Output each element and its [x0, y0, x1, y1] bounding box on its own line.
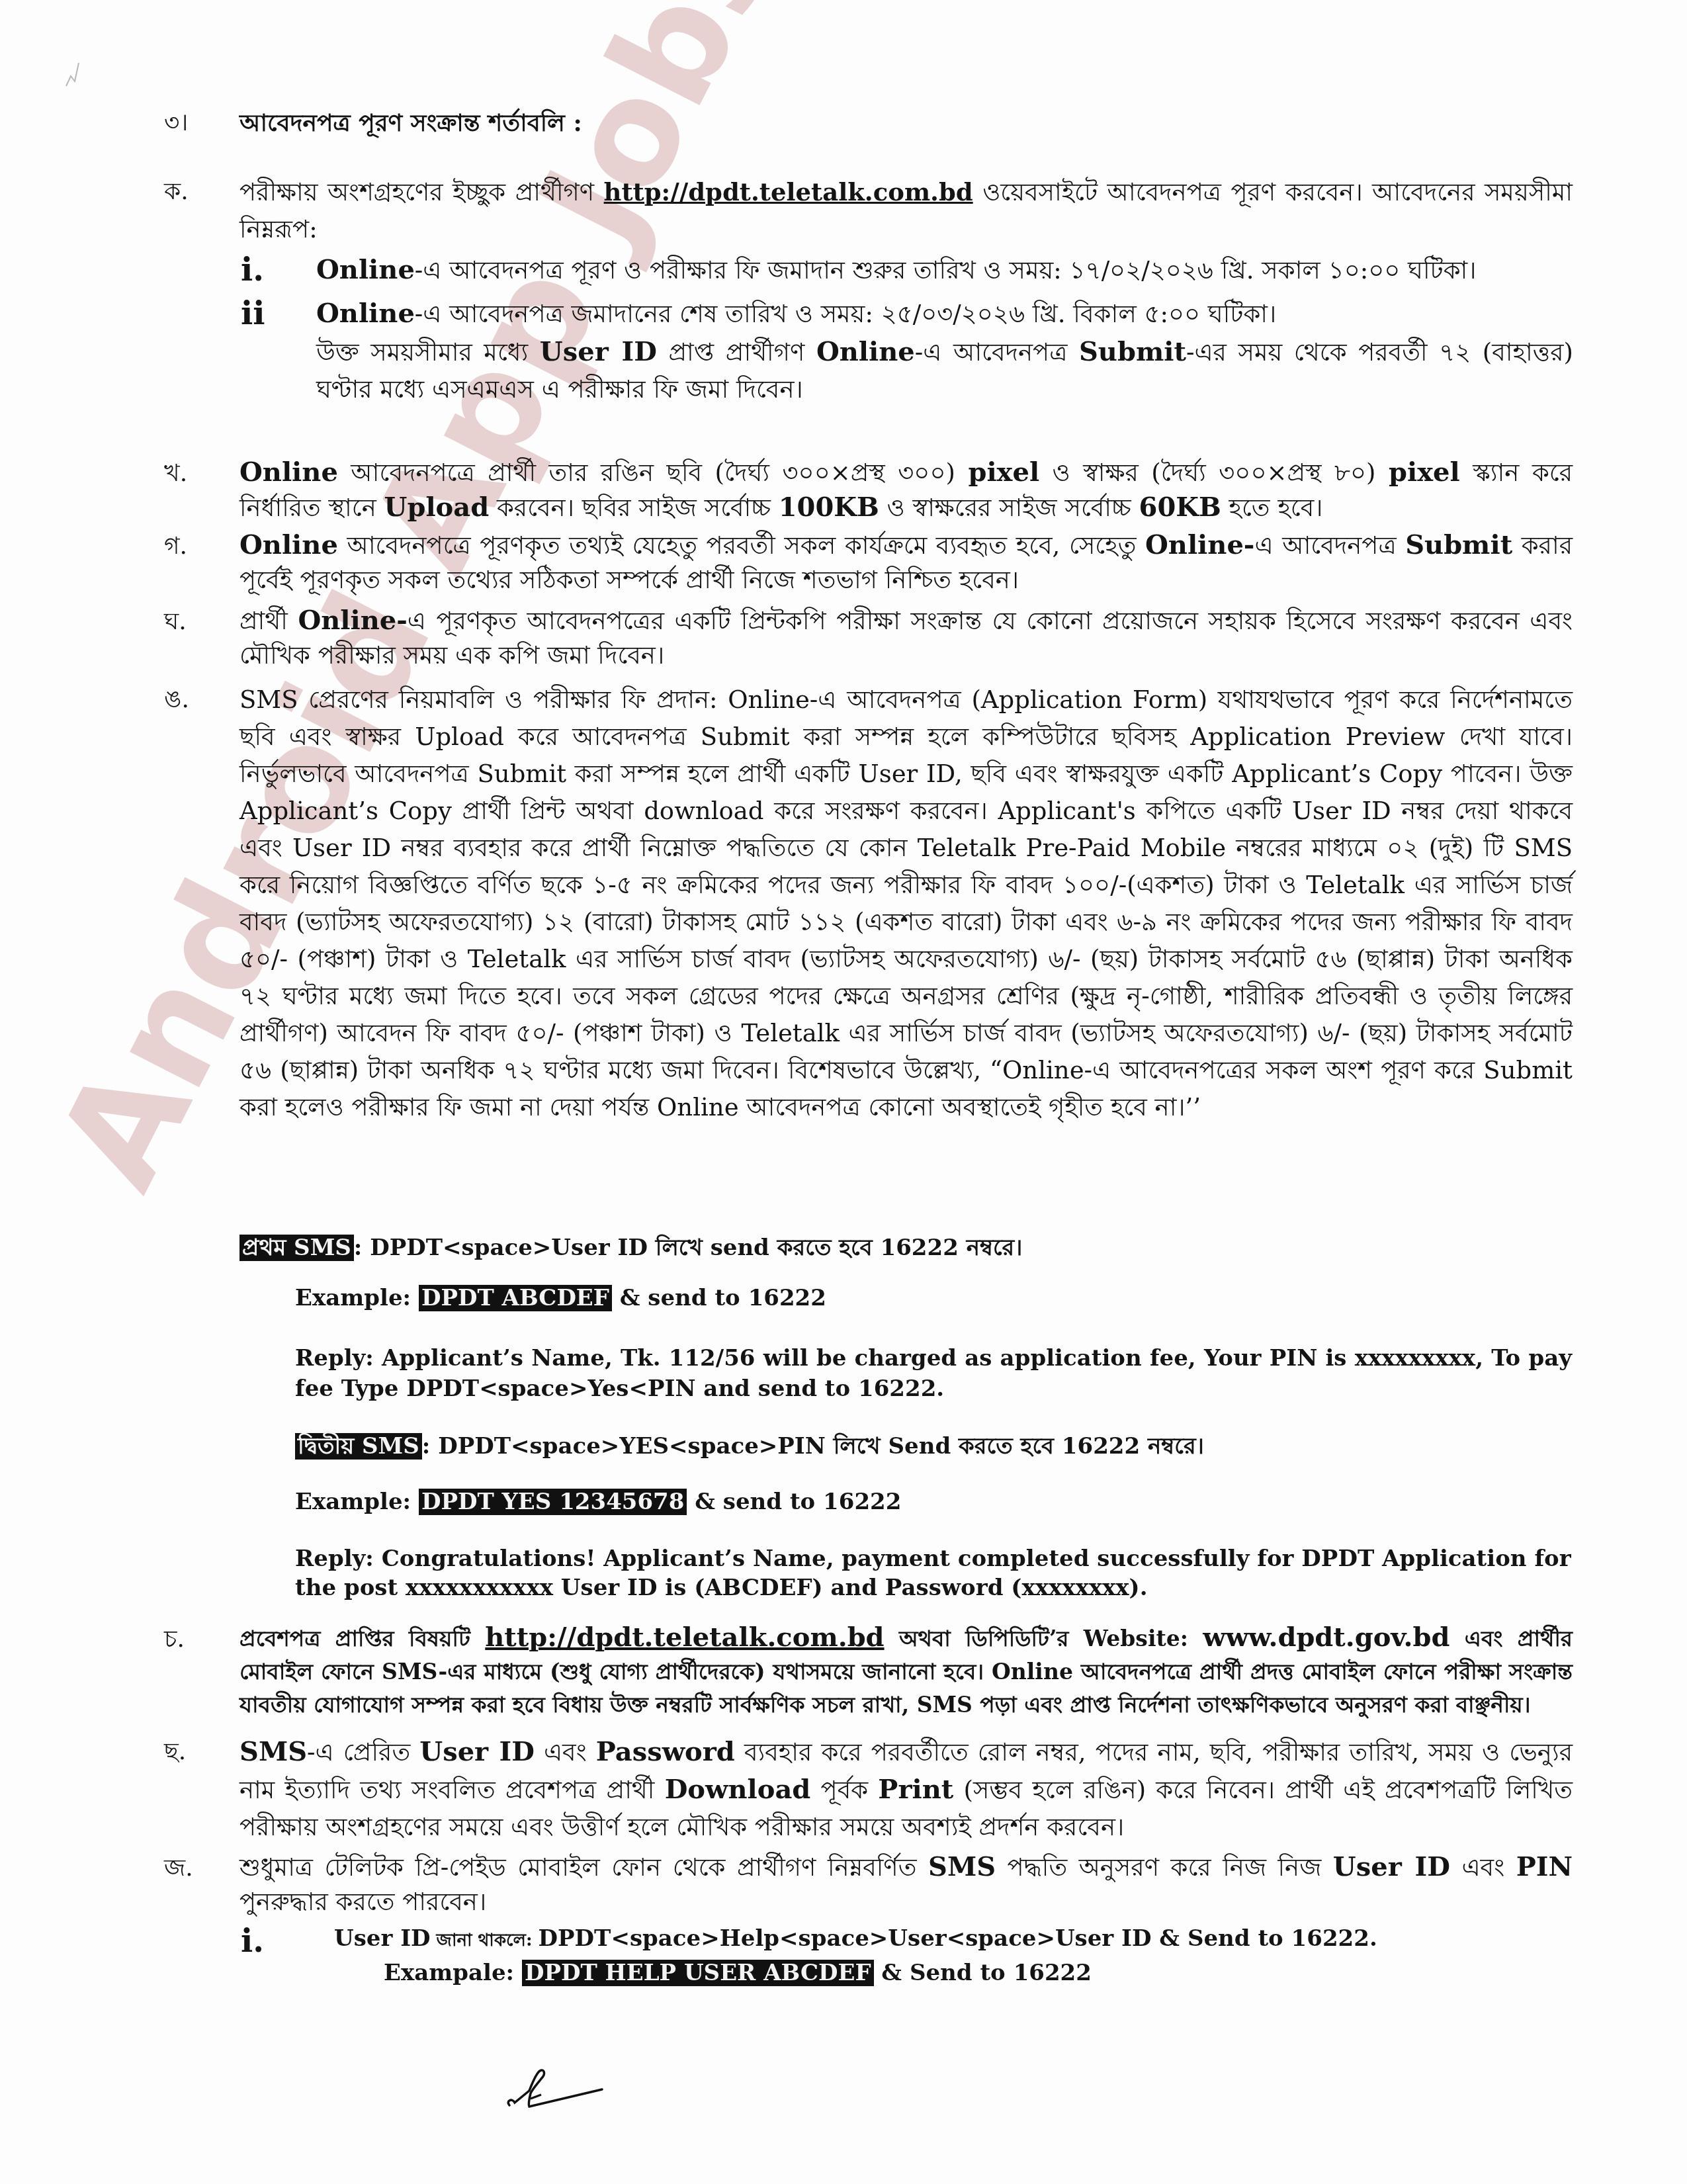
- second-sms-instruction: দ্বিতীয় SMS: DPDT<space>YES<space>PIN ল…: [295, 1429, 1204, 1467]
- section-number: ৩।: [164, 105, 188, 144]
- text-part: প্রাপ্ত প্রার্থীগণ: [657, 338, 816, 367]
- text-part-bold: Online: [239, 529, 338, 560]
- sub-text-bold: Online: [316, 254, 415, 285]
- first-sms-tag: প্রথম SMS: [239, 1235, 354, 1261]
- second-sms-text: : DPDT<space>YES<space>PIN লিখে Send করত…: [422, 1433, 1204, 1460]
- item-text: প্রবেশপত্র প্রাপ্তির বিষয়টি http://dpdt…: [239, 1621, 1573, 1722]
- text-part-bold: User ID: [540, 336, 657, 367]
- text-part-bold: Online-: [1145, 529, 1254, 560]
- example-code: DPDT YES 12345678: [419, 1489, 687, 1515]
- item-text: SMS প্রেরণের নিয়মাবলি ও পরীক্ষার ফি প্র…: [239, 681, 1573, 1126]
- text-part: -এ প্রেরিত: [307, 1738, 419, 1767]
- second-sms-example: Example: DPDT YES 12345678 & send to 162…: [295, 1489, 901, 1515]
- sub-text-body: -এ আবেদনপত্র জমাদানের শেষ তারিখ ও সময়: …: [415, 300, 1276, 328]
- document-content: ৩। আবেদনপত্র পূরণ সংক্রান্ত শর্তাবলি : ক…: [0, 0, 1687, 2184]
- signature-icon: [503, 2064, 609, 2111]
- sub-label: ii: [241, 295, 265, 332]
- teletalk-link[interactable]: http://dpdt.teletalk.com.bd: [485, 1622, 884, 1653]
- text-part-bold: Online: [816, 336, 915, 367]
- text-part-bold: 100KB: [779, 492, 879, 523]
- text-part-bold: 60KB: [1139, 492, 1221, 523]
- item-text-part: পরীক্ষায় অংশগ্রহণের ইচ্ছুক প্রার্থীগণ: [239, 178, 604, 206]
- example-code: DPDT HELP USER ABCDEF: [522, 1960, 874, 1986]
- sub-text-bold: Online: [316, 298, 415, 329]
- text-part: উক্ত সময়সীমার মধ্যে: [316, 338, 540, 367]
- item-label: চ.: [164, 1621, 185, 1661]
- sub-label: i.: [241, 251, 264, 288]
- text-part: DPDT<space>Help<space>User<space>User ID…: [539, 1925, 1377, 1952]
- user-id-recovery-instruction: User ID জানা থাকলে: DPDT<space>Help<spac…: [334, 1925, 1377, 1956]
- text-part: আবেদনপত্রে প্রার্থী তার রঙিন ছবি (দৈর্ঘ্…: [338, 459, 969, 487]
- text-part-bold: User ID: [419, 1736, 535, 1767]
- item-label: ক.: [164, 173, 189, 213]
- item-text: পরীক্ষায় অংশগ্রহণের ইচ্ছুক প্রার্থীগণ h…: [239, 173, 1573, 248]
- item-label: খ.: [164, 455, 187, 495]
- text-part: অথবা ডিপিডিটি’র Website:: [885, 1626, 1203, 1651]
- item-label: ঘ.: [164, 603, 187, 643]
- sub-text: Online-এ আবেদনপত্র পূরণ ও পরীক্ষার ফি জম…: [316, 251, 1573, 289]
- second-sms-reply: Reply: Congratulations! Applicant’s Name…: [295, 1544, 1572, 1602]
- item-text: SMS-এ প্রেরিত User ID এবং Password ব্যবহ…: [239, 1733, 1573, 1846]
- item-label: ছ.: [164, 1733, 186, 1773]
- first-sms-text: : DPDT<space>User ID লিখে send করতে হবে …: [354, 1235, 1023, 1261]
- text-part-bold: Download: [665, 1774, 811, 1805]
- user-id-recovery-example: Exampale: DPDT HELP USER ABCDEF & Send t…: [384, 1960, 1092, 1986]
- text-part: এবং: [535, 1738, 596, 1767]
- note-text: উক্ত সময়সীমার মধ্যে User ID প্রাপ্ত প্র…: [316, 333, 1573, 408]
- text-part-bold: pixel: [968, 457, 1039, 488]
- text-part-bold: User ID: [334, 1925, 431, 1952]
- example-label: Exampale:: [384, 1960, 522, 1986]
- text-part-bold: SMS: [239, 1736, 307, 1767]
- website-link[interactable]: www.dpdt.gov.bd: [1203, 1622, 1449, 1653]
- text-part: প্রার্থী: [239, 607, 298, 635]
- example-code: DPDT ABCDEF: [419, 1285, 612, 1311]
- teletalk-link[interactable]: http://dpdt.teletalk.com.bd: [604, 177, 973, 206]
- text-part-bold: Upload: [384, 492, 490, 523]
- first-sms-instruction: প্রথম SMS: DPDT<space>User ID লিখে send …: [239, 1231, 1022, 1268]
- sub-label: i.: [241, 1923, 264, 1960]
- text-part: পূর্বক: [810, 1776, 878, 1804]
- text-part: পদ্ধতি অনুসরণ করে নিজ নিজ: [996, 1853, 1333, 1882]
- text-part-bold: pixel: [1389, 457, 1460, 488]
- example-suffix: & send to 16222: [612, 1285, 826, 1311]
- first-sms-reply: Reply: Applicant’s Name, Tk. 112/56 will…: [295, 1343, 1572, 1404]
- sub-text: Online-এ আবেদনপত্র জমাদানের শেষ তারিখ ও …: [316, 295, 1573, 333]
- text-part-bold: Online-: [298, 605, 407, 636]
- text-part: জানা থাকলে:: [431, 1931, 539, 1950]
- text-part: হতে হবে।: [1221, 494, 1323, 522]
- item-text: Online আবেদনপত্রে প্রার্থী তার রঙিন ছবি …: [239, 455, 1573, 525]
- text-part-bold: Submit: [1405, 529, 1512, 560]
- sub-text-body: -এ আবেদনপত্র পূরণ ও পরীক্ষার ফি জমাদান শ…: [415, 256, 1477, 284]
- text-part: ও স্বাক্ষর (দৈর্ঘ্য ৩০০×প্রস্থ ৮০): [1039, 459, 1389, 487]
- text-part: ও স্বাক্ষরের সাইজ সর্বোচ্চ: [879, 494, 1139, 522]
- item-text: Online আবেদনপত্রে পূরণকৃত তথ্যই যেহেতু প…: [239, 528, 1573, 597]
- text-part: এবং: [1450, 1853, 1516, 1882]
- example-label: Example:: [295, 1489, 419, 1515]
- first-sms-example: Example: DPDT ABCDEF & send to 16222: [295, 1285, 826, 1311]
- item-text: শুধুমাত্র টেলিটক প্রি-পেইড মোবাইল ফোন থে…: [239, 1850, 1573, 1919]
- text-part: প্রবেশপত্র প্রাপ্তির বিষয়টি: [239, 1626, 485, 1651]
- text-part-bold: Online: [239, 457, 338, 488]
- text-part: এ পূরণকৃত আবেদনপত্রের একটি প্রিন্টকপি পর…: [239, 607, 1573, 670]
- item-label: ঙ.: [164, 681, 189, 721]
- text-part-bold: SMS: [928, 1851, 996, 1882]
- item-label: গ.: [164, 528, 187, 568]
- text-part: -এ আবেদনপত্র: [915, 338, 1079, 367]
- text-part-bold: Password: [596, 1736, 735, 1767]
- text-part: করবেন। ছবির সাইজ সর্বোচ্চ: [489, 494, 779, 522]
- text-part: এ আবেদনপত্র: [1254, 531, 1405, 560]
- text-part-bold: User ID: [1333, 1851, 1450, 1882]
- text-part: আবেদনপত্রে পূরণকৃত তথ্যই যেহেতু পরবর্তী …: [338, 531, 1145, 560]
- second-sms-tag: দ্বিতীয় SMS: [295, 1433, 422, 1460]
- text-part: পুনরুদ্ধার করতে পারবেন।: [239, 1888, 486, 1916]
- item-text: প্রার্থী Online-এ পূরণকৃত আবেদনপত্রের এক…: [239, 603, 1573, 673]
- section-title: আবেদনপত্র পূরণ সংক্রান্ত শর্তাবলি :: [239, 105, 1573, 142]
- text-part-bold: Submit: [1079, 336, 1186, 367]
- document-page: Android App Jobs Exam Alert ৩। আবেদনপত্র…: [0, 0, 1687, 2184]
- text-part-bold: Print: [878, 1774, 953, 1805]
- item-label: জ.: [164, 1850, 193, 1890]
- example-label: Example:: [295, 1285, 419, 1311]
- example-suffix: & send to 16222: [687, 1489, 901, 1515]
- text-part: শুধুমাত্র টেলিটক প্রি-পেইড মোবাইল ফোন থে…: [239, 1853, 928, 1882]
- text-part-bold: PIN: [1516, 1851, 1573, 1882]
- example-suffix: & Send to 16222: [874, 1960, 1092, 1986]
